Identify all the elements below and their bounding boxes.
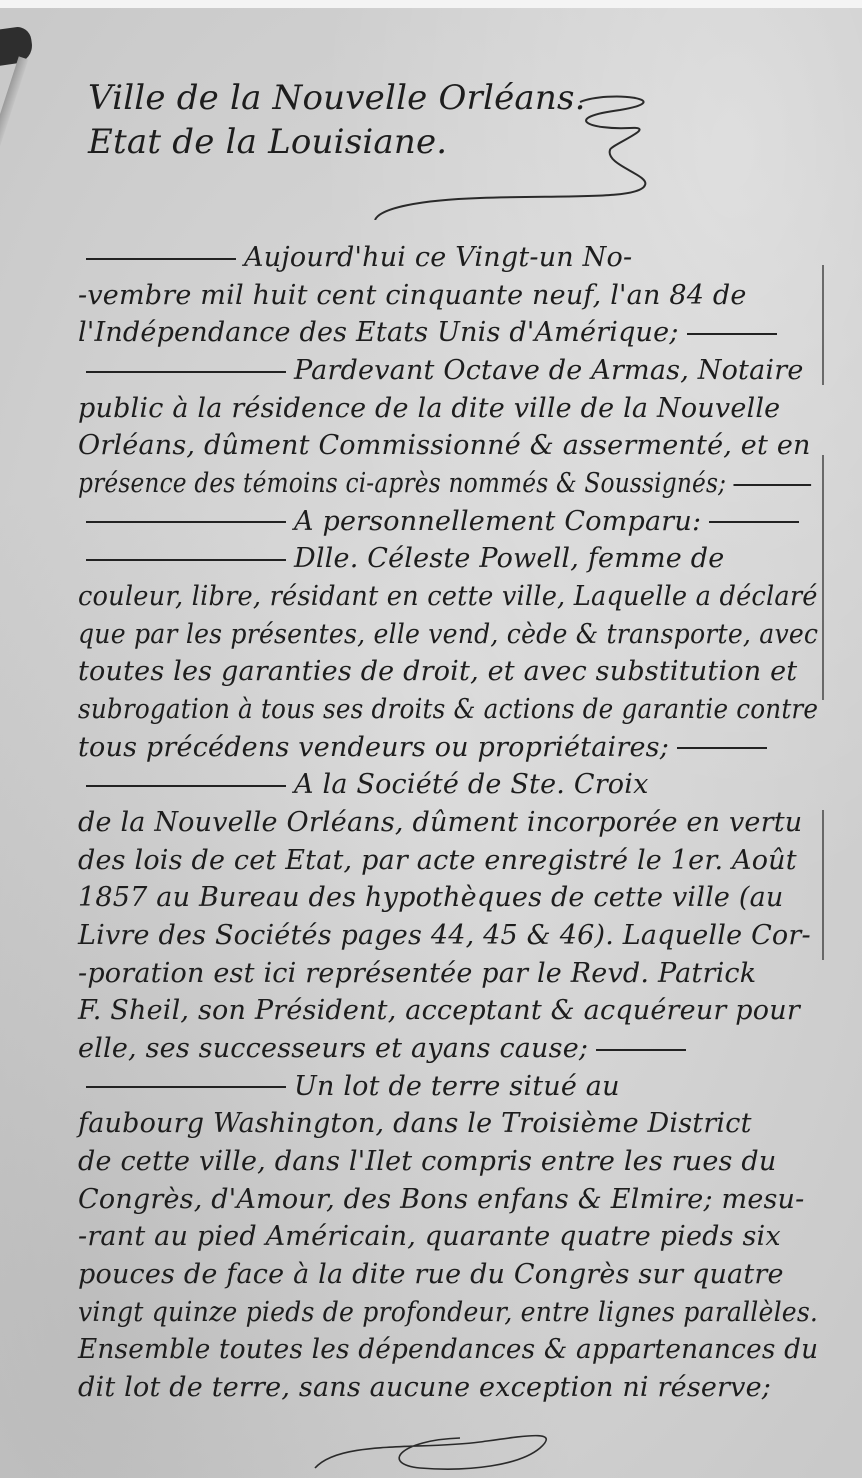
line-text: des lois de cet Etat, par acte enregistr… (78, 845, 797, 876)
line-text: 1857 au Bureau des hypothèques de cette … (78, 882, 784, 913)
fill-rule (687, 333, 777, 335)
manuscript-line: des lois de cet Etat, par acte enregistr… (78, 845, 798, 876)
closing-flourish-icon (300, 1420, 600, 1478)
manuscript-line: A personnellement Comparu: (78, 506, 798, 537)
line-text: F. Sheil, son Président, acceptant & acq… (78, 995, 800, 1026)
line-text: Aujourd'hui ce Vingt-un No- (244, 242, 632, 273)
fill-rule (86, 258, 236, 260)
manuscript-page: Ville de la Nouvelle Orléans. Etat de la… (0, 0, 862, 1478)
line-text: Dlle. Céleste Powell, femme de (294, 543, 724, 574)
manuscript-line: elle, ses successeurs et ayans cause; (78, 1033, 798, 1064)
manuscript-line: Aujourd'hui ce Vingt-un No- (78, 242, 798, 273)
header-flourish-icon (360, 90, 680, 220)
manuscript-line: couleur, libre, résidant en cette ville,… (78, 581, 762, 612)
manuscript-line: 1857 au Bureau des hypothèques de cette … (78, 882, 798, 913)
line-text: public à la résidence de la dite ville d… (78, 393, 780, 424)
margin-rule (822, 455, 824, 700)
line-text: couleur, libre, résidant en cette ville,… (78, 581, 818, 612)
line-text: elle, ses successeurs et ayans cause; (78, 1033, 588, 1064)
line-text: l'Indépendance des Etats Unis d'Amérique… (78, 317, 679, 348)
manuscript-line: -rant au pied Américain, quarante quatre… (78, 1221, 798, 1252)
line-text: dit lot de terre, sans aucune exception … (78, 1372, 771, 1403)
line-text: Livre des Sociétés pages 44, 45 & 46). L… (78, 920, 811, 951)
line-text: subrogation à tous ses droits & actions … (78, 694, 818, 725)
line-text: A personnellement Comparu: (294, 506, 701, 537)
manuscript-line: -vembre mil huit cent cinquante neuf, l'… (78, 280, 798, 311)
fill-rule (86, 521, 286, 523)
manuscript-line: que par les présentes, elle vend, cède &… (78, 619, 749, 650)
manuscript-line: Pardevant Octave de Armas, Notaire (78, 355, 798, 386)
manuscript-line: présence des témoins ci-après nommés & S… (78, 468, 699, 499)
fill-rule (86, 559, 286, 561)
manuscript-line: -poration est ici représentée par le Rev… (78, 958, 798, 989)
manuscript-line: Ensemble toutes les dépendances & appart… (78, 1334, 779, 1365)
manuscript-line: A la Société de Ste. Croix (78, 769, 798, 800)
manuscript-line: l'Indépendance des Etats Unis d'Amérique… (78, 317, 798, 348)
fill-rule (596, 1049, 686, 1051)
manuscript-line: dit lot de terre, sans aucune exception … (78, 1372, 798, 1403)
binding-ribbon-tail (0, 56, 28, 173)
page-top-edge (0, 0, 862, 8)
manuscript-line: Livre des Sociétés pages 44, 45 & 46). L… (78, 920, 798, 951)
line-text: de cette ville, dans l'Ilet compris entr… (78, 1146, 776, 1177)
manuscript-line: Dlle. Céleste Powell, femme de (78, 543, 798, 574)
fill-rule (86, 785, 286, 787)
margin-rule (822, 265, 824, 385)
manuscript-line: Orléans, dûment Commissionné & asserment… (78, 430, 798, 461)
line-text: -rant au pied Américain, quarante quatre… (78, 1221, 781, 1252)
line-text: toutes les garanties de droit, et avec s… (78, 656, 797, 687)
manuscript-line: Congrès, d'Amour, des Bons enfans & Elmi… (78, 1184, 798, 1215)
line-text: présence des témoins ci-après nommés & S… (78, 468, 726, 499)
fill-rule (733, 484, 811, 486)
manuscript-line: subrogation à tous ses droits & actions … (78, 694, 736, 725)
fill-rule (86, 371, 286, 373)
manuscript-line: de la Nouvelle Orléans, dûment incorporé… (78, 807, 798, 838)
margin-rule (822, 810, 824, 960)
line-text: Pardevant Octave de Armas, Notaire (294, 355, 804, 386)
line-text: Ensemble toutes les dépendances & appart… (78, 1334, 818, 1365)
line-text: faubourg Washington, dans le Troisième D… (78, 1108, 752, 1139)
line-text: A la Société de Ste. Croix (294, 769, 649, 800)
fill-rule (86, 1086, 286, 1088)
line-text: Un lot de terre situé au (294, 1071, 620, 1102)
line-text: Orléans, dûment Commissionné & asserment… (78, 430, 811, 461)
manuscript-line: faubourg Washington, dans le Troisième D… (78, 1108, 798, 1139)
manuscript-line: F. Sheil, son Président, acceptant & acq… (78, 995, 798, 1026)
manuscript-line: de cette ville, dans l'Ilet compris entr… (78, 1146, 798, 1177)
line-text: -vembre mil huit cent cinquante neuf, l'… (78, 280, 747, 311)
manuscript-line: tous précédens vendeurs ou propriétaires… (78, 732, 798, 763)
line-text: que par les présentes, elle vend, cède &… (78, 619, 818, 650)
fill-rule (677, 747, 767, 749)
manuscript-line: public à la résidence de la dite ville d… (78, 393, 798, 424)
manuscript-line: toutes les garanties de droit, et avec s… (78, 656, 798, 687)
line-text: pouces de face à la dite rue du Congrès … (78, 1259, 784, 1290)
line-text: -poration est ici représentée par le Rev… (78, 958, 756, 989)
manuscript-line: Un lot de terre situé au (78, 1071, 798, 1102)
line-text: vingt quinze pieds de profondeur, entre … (78, 1297, 818, 1328)
manuscript-line: pouces de face à la dite rue du Congrès … (78, 1259, 798, 1290)
line-text: de la Nouvelle Orléans, dûment incorporé… (78, 807, 802, 838)
fill-rule (709, 521, 799, 523)
line-text: Congrès, d'Amour, des Bons enfans & Elmi… (78, 1184, 804, 1215)
manuscript-line: vingt quinze pieds de profondeur, entre … (78, 1297, 748, 1328)
line-text: tous précédens vendeurs ou propriétaires… (78, 732, 669, 763)
